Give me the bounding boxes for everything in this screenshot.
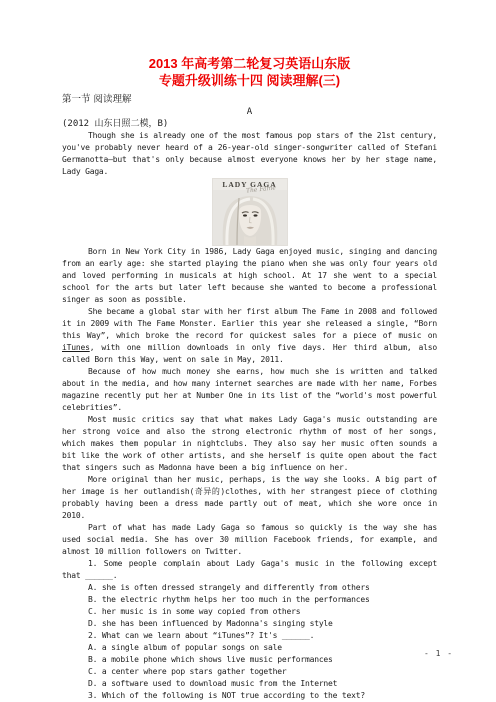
lady-gaga-face-illustration: [213, 190, 287, 245]
passage-paragraph-2: Born in New York City in 1986, Lady Gaga…: [62, 246, 437, 306]
question-2-option-a: A. a single album of popular songs on sa…: [62, 642, 437, 654]
passage-label: A: [62, 106, 437, 118]
doc-title-line1: 2013 年高考第二轮复习英语山东版: [62, 56, 437, 73]
passage-paragraph-7: Part of what has made Lady Gaga so famou…: [62, 522, 437, 558]
question-2-option-b: B. a mobile phone which shows live music…: [62, 654, 437, 666]
document-page: 2013 年高考第二轮复习英语山东版 专题升级训练十四 阅读理解(三) 第一节 …: [0, 0, 496, 702]
question-1-option-a: A. she is often dressed strangely and di…: [62, 582, 437, 594]
question-1-stem: 1. Some people complain about Lady Gaga'…: [62, 558, 437, 582]
question-1-option-c: C. her music is in some way copied from …: [62, 606, 437, 618]
question-2-stem: 2. What can we learn about “iTunes”? It'…: [62, 630, 437, 642]
question-3-stem: 3. Which of the following is NOT true ac…: [62, 690, 437, 702]
page-number: - 1 -: [424, 649, 453, 658]
passage-paragraph-1: Though she is already one of the most fa…: [62, 130, 437, 178]
document-content: 2013 年高考第二轮复习英语山东版 专题升级训练十四 阅读理解(三) 第一节 …: [62, 56, 437, 702]
itunes-underlined-text: iTunes: [62, 343, 90, 352]
question-2-option-d: D. a software used to download music fro…: [62, 678, 437, 690]
passage-paragraph-5: Most music critics say that what makes L…: [62, 414, 437, 474]
passage-paragraph-3: She became a global star with her first …: [62, 306, 437, 366]
passage-paragraph-4: Because of how much money she earns, how…: [62, 366, 437, 414]
album-cover-block: LADY GAGA The Fame: [62, 179, 437, 245]
question-1-option-d: D. she has been influenced by Madonna's …: [62, 618, 437, 630]
doc-title-line2: 专题升级训练十四 阅读理解(三): [62, 73, 437, 90]
question-2-option-c: C. a center where pop stars gather toget…: [62, 666, 437, 678]
doc-title: 2013 年高考第二轮复习英语山东版 专题升级训练十四 阅读理解(三): [62, 56, 437, 89]
section-heading: 第一节 阅读理解: [62, 93, 437, 106]
passage-paragraph-6: More original than her music, perhaps, i…: [62, 474, 437, 522]
album-cover-image: LADY GAGA The Fame: [213, 179, 287, 245]
question-1-option-b: B. the electric rhythm helps her too muc…: [62, 594, 437, 606]
source-note: (2012 山东日照二模，B): [62, 118, 437, 130]
paragraph-3-text-pre: She became a global star with her first …: [62, 307, 437, 340]
paragraph-3-text-post: , with one million downloads in only fiv…: [62, 343, 437, 364]
